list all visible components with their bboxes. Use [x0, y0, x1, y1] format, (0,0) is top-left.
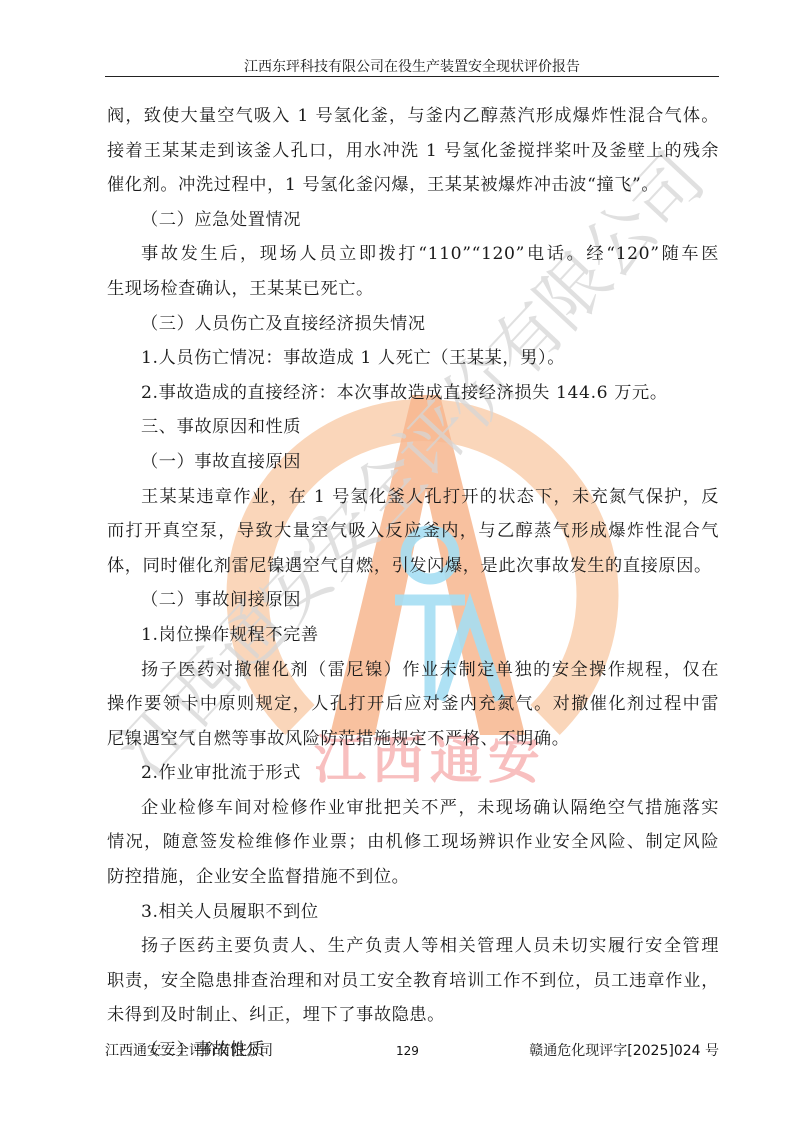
paragraph-line: 扬子医药主要负责人、生产负责人等相关管理人员未切实履行安全管理 — [107, 929, 719, 964]
paragraph-line: 扬子医药对撤催化剂（雷尼镍）作业未制定单独的安全操作规程，仅在 — [107, 653, 719, 688]
paragraph-line: 王某某违章作业，在 1 号氢化釜人孔打开的状态下，未充氮气保护，反 — [107, 480, 719, 515]
paragraph-line: 阀，致使大量空气吸入 1 号氢化釜，与釜内乙醇蒸汽形成爆炸性混合气体。 — [107, 99, 719, 134]
page-header-title: 江西东玶科技有限公司在役生产装置安全现状评价报告 — [105, 56, 719, 76]
paragraph-line: 企业检修车间对检修作业审批把关不严，未现场确认隔绝空气措施落实 — [107, 791, 719, 826]
paragraph-line: 情况，随意签发检维修作业票；由机修工现场辨识作业安全风险、制定风险 — [107, 825, 719, 860]
paragraph-line: 接着王某某走到该釜人孔口，用水冲洗 1 号氢化釜搅拌桨叶及釜壁上的残余 — [107, 134, 719, 169]
section-heading: （二）应急处置情况 — [107, 203, 719, 238]
paragraph-line: 而打开真空泵，导致大量空气吸入反应釜内，与乙醇蒸气形成爆炸性混合气 — [107, 514, 719, 549]
paragraph-line: 生现场检查确认，王某某已死亡。 — [107, 272, 719, 307]
list-item: 3.相关人员履职不到位 — [107, 895, 719, 930]
paragraph-line: 操作要领卡中原则规定，人孔打开后应对釜内充氮气。对撤催化剂过程中雷 — [107, 687, 719, 722]
list-item: 2.作业审批流于形式 — [107, 756, 719, 791]
section-heading: （一）事故直接原因 — [107, 445, 719, 480]
list-item: 三、事故原因和性质 — [107, 410, 719, 445]
paragraph-line: 尼镍遇空气自燃等事故风险防范措施规定不严格、不明确。 — [107, 722, 719, 757]
paragraph-line: 职责，安全隐患排查治理和对员工安全教育培训工作不到位，员工违章作业， — [107, 964, 719, 999]
list-item: 1.人员伤亡情况：事故造成 1 人死亡（王某某，男）。 — [107, 341, 719, 376]
list-item: 1.岗位操作规程不完善 — [107, 618, 719, 653]
footer-doc-number: 赣通危化现评字[2025]024 号 — [529, 1040, 719, 1060]
paragraph-line: 未得到及时制止、纠正，埋下了事故隐患。 — [107, 998, 719, 1033]
header-divider — [105, 76, 719, 77]
list-item: 2.事故造成的直接经济：本次事故造成直接经济损失 144.6 万元。 — [107, 376, 719, 411]
paragraph-line: 催化剂。冲洗过程中，1 号氢化釜闪爆，王某某被爆炸冲击波“撞飞”。 — [107, 168, 719, 203]
paragraph-line: 事故发生后，现场人员立即拨打“110”“120”电话。经“120”随车医 — [107, 237, 719, 272]
footer-page-number: 129 — [396, 1044, 419, 1058]
paragraph-line: 体，同时催化剂雷尼镍遇空气自燃，引发闪爆，是此次事故发生的直接原因。 — [107, 549, 719, 584]
section-heading: （三）人员伤亡及直接经济损失情况 — [107, 307, 719, 342]
paragraph-line: 防控措施，企业安全监督措施不到位。 — [107, 860, 719, 895]
document-body: 阀，致使大量空气吸入 1 号氢化釜，与釜内乙醇蒸汽形成爆炸性混合气体。接着王某某… — [107, 99, 719, 1068]
footer-company: 江西通安安全评价有限公司 — [105, 1040, 273, 1060]
document-page: 江西东玶科技有限公司在役生产装置安全现状评价报告 江西通安 江西通安安全评价有限… — [0, 0, 793, 1122]
section-heading: （二）事故间接原因 — [107, 583, 719, 618]
